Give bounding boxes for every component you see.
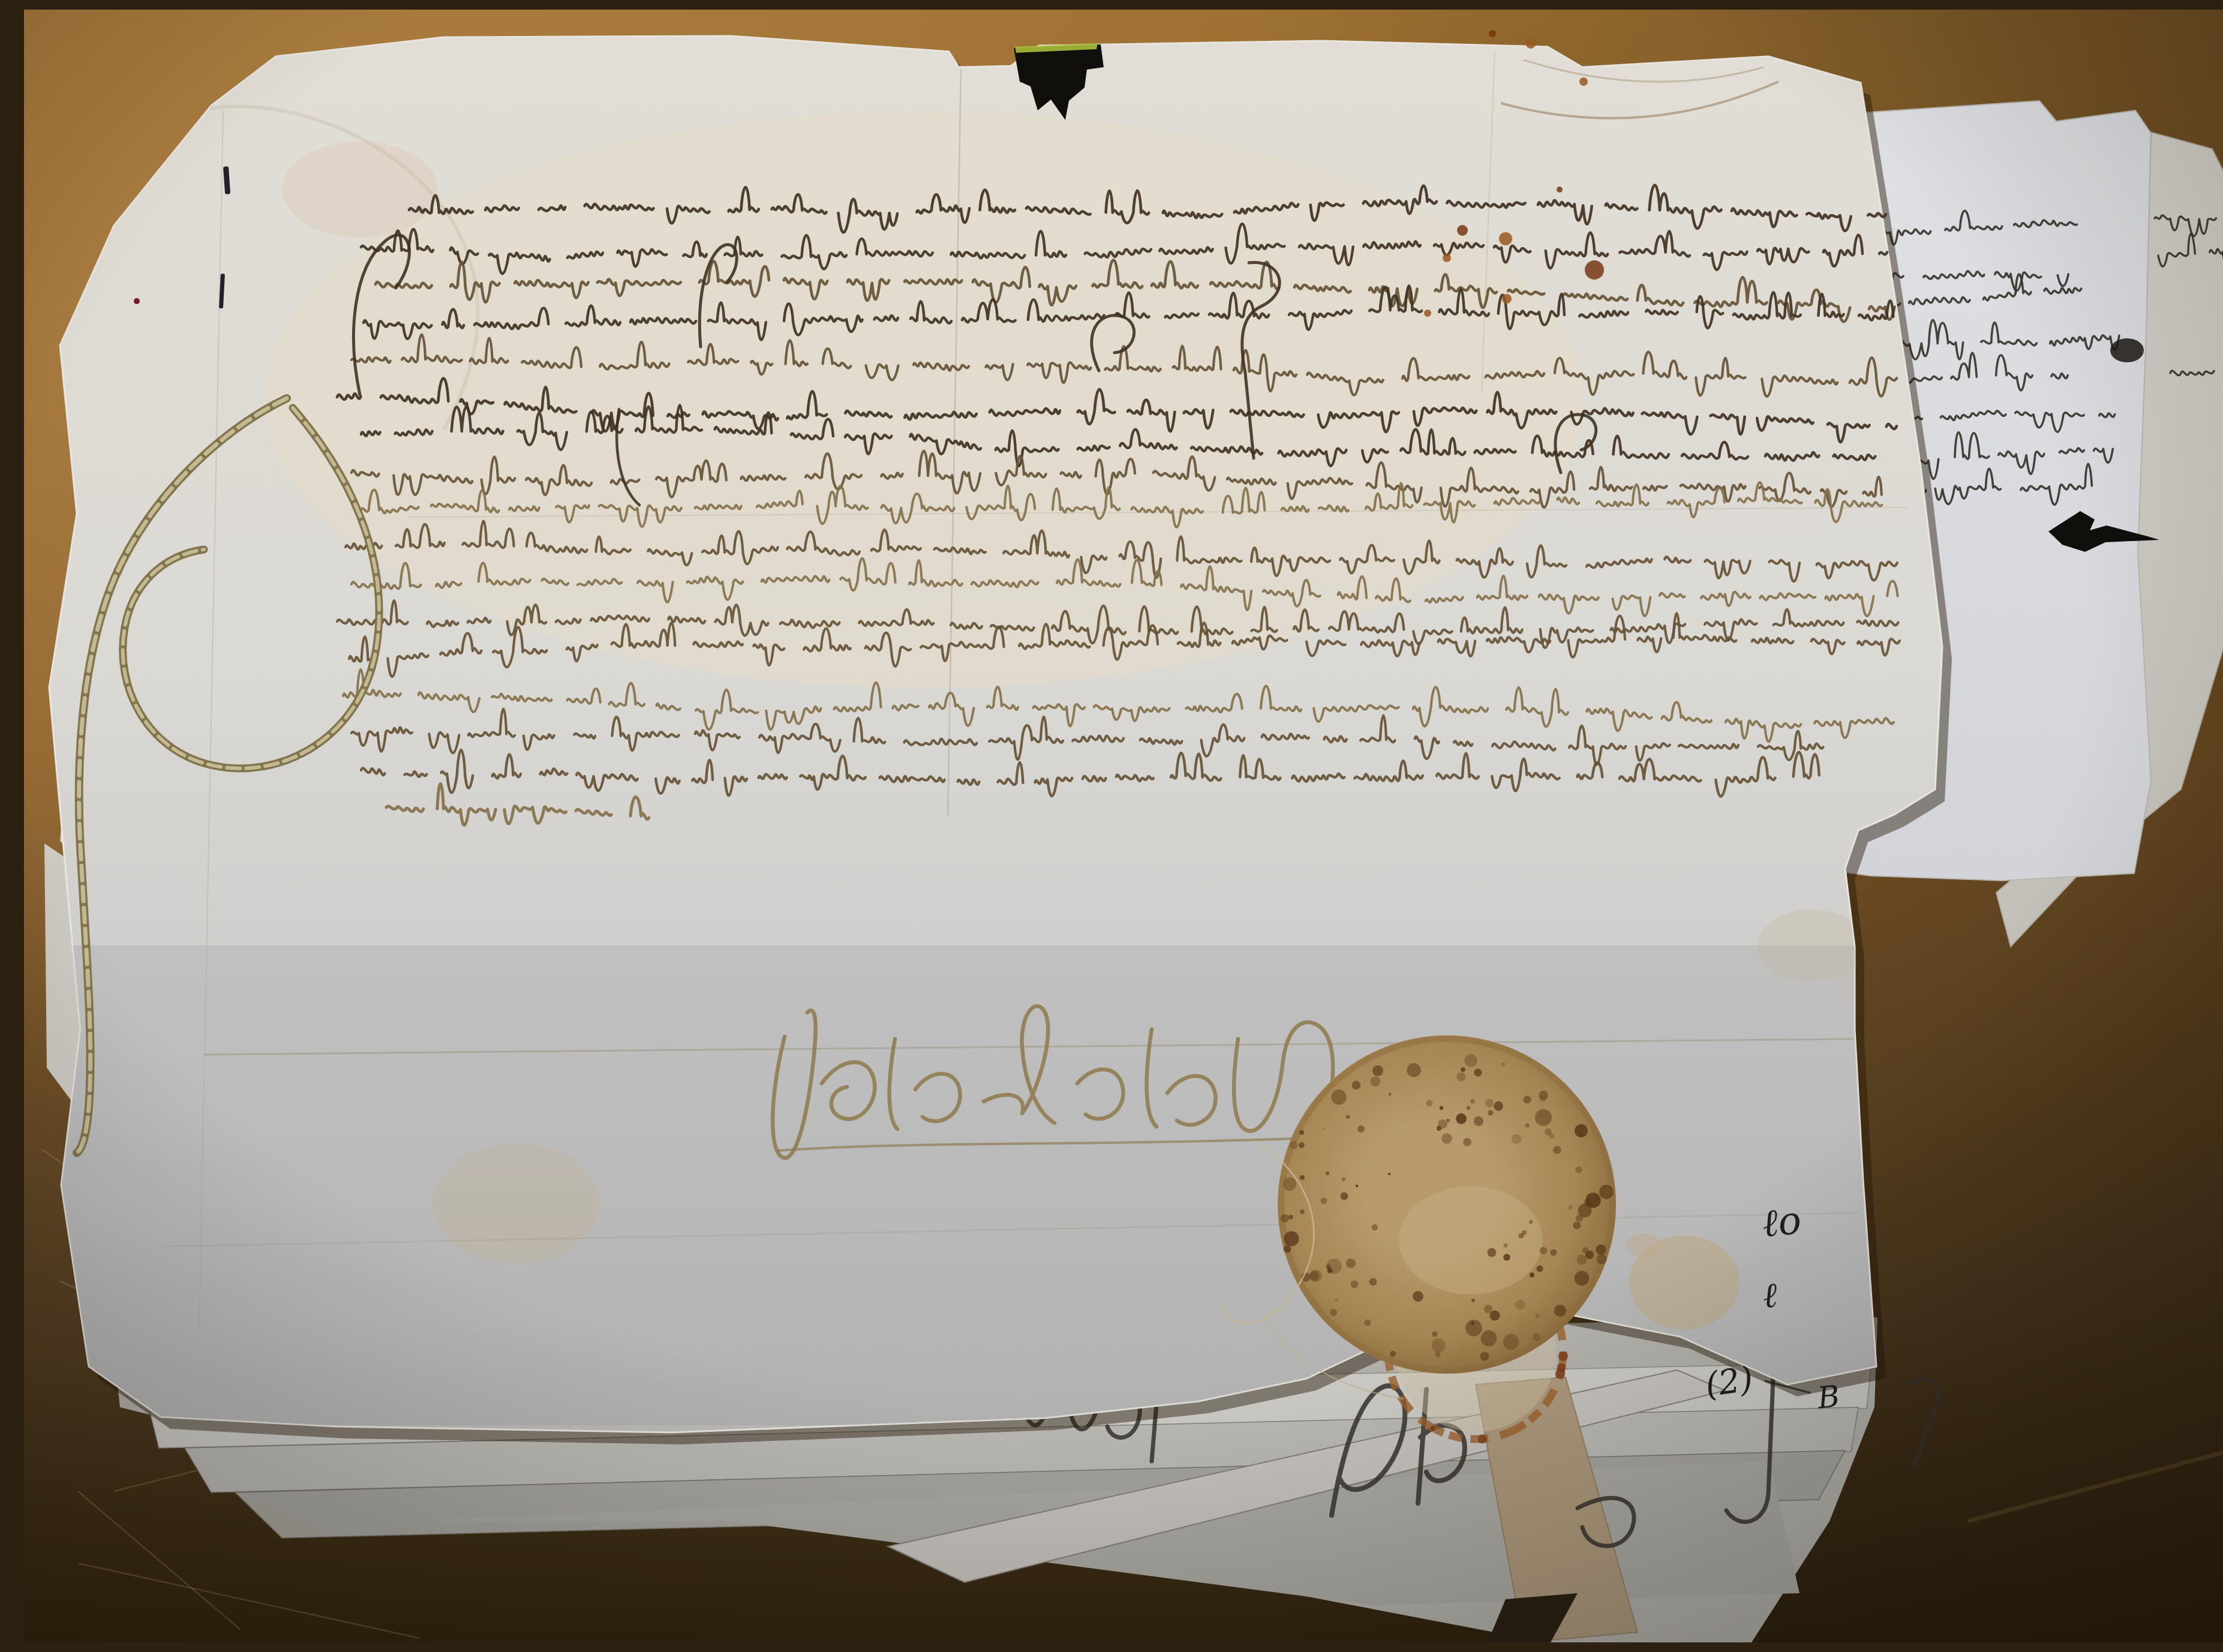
photo-grain [24, 10, 2223, 1642]
photo-canvas: ℓo ℓ (2) B [24, 10, 2223, 1642]
photograph-medieval-manuscripts: ℓo ℓ (2) B [24, 10, 2223, 1642]
